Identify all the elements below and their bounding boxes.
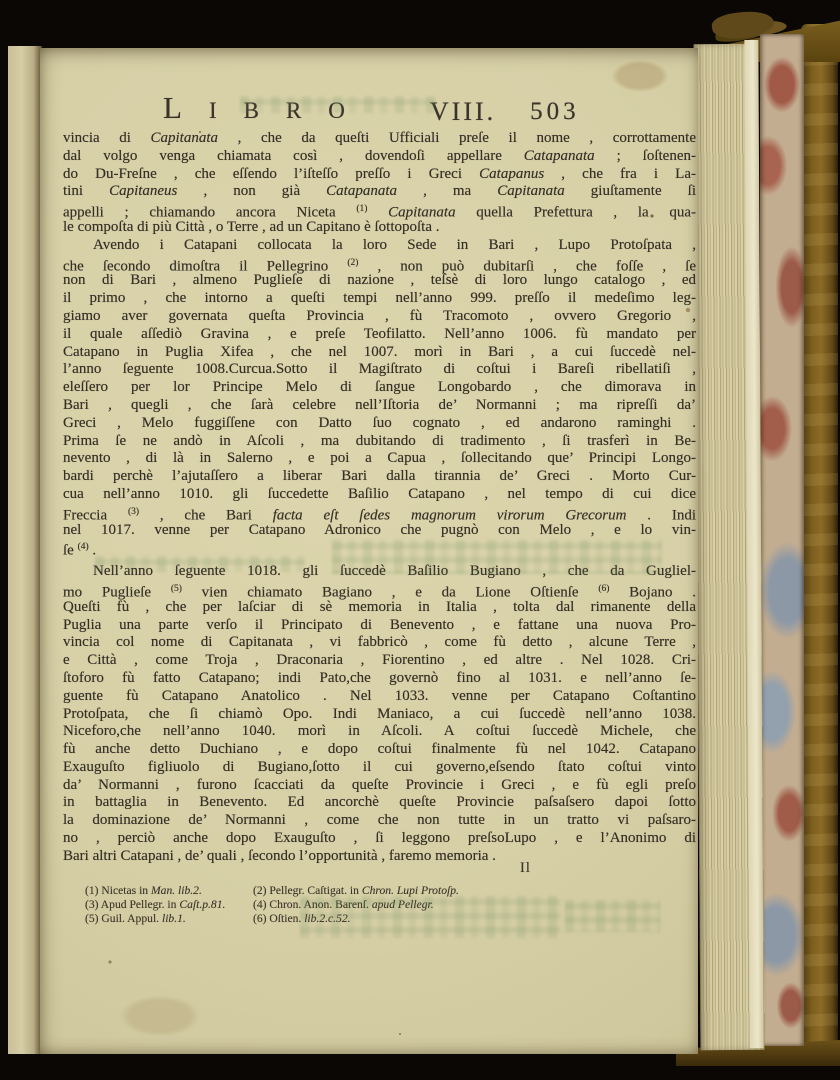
- header-title: LIBRO: [163, 92, 372, 127]
- text-line: Freccia (3) , che Bari facta eſt ſedes m…: [63, 504, 696, 522]
- text-line: non di Bari , almeno Puglieſe di nazione…: [63, 272, 696, 290]
- text-line: in battaglia in Benevento. Ed ancorchè q…: [63, 794, 696, 812]
- text-line: Exauguſto figliuolo di Bugiano,ſotto il …: [63, 759, 696, 777]
- text-line: do Du-Freſne , che eſſendo l’iſteſſo pre…: [63, 166, 696, 184]
- text-line: Nell’anno ſeguente 1018. gli ſuccedè Baſ…: [63, 563, 696, 581]
- text-line: fù anche detto Duchiano , e dopo coſtui …: [63, 741, 696, 759]
- text-line: cua nell’anno 1010. gli ſuccedette Baſil…: [63, 486, 696, 504]
- page-header: LIBRO VIII. 503: [63, 92, 696, 127]
- text-line: il primo , che intorno a queſti tempi ne…: [63, 290, 696, 308]
- text-line: e Città , come Troja , Draconaria , Fior…: [63, 652, 696, 670]
- paragraph: Avendo i Catapani collocata la loro Sede…: [63, 237, 696, 557]
- text-line: Protoſpata, che ſi chiamò Opo. Indi Mani…: [63, 706, 696, 724]
- footnote-item: (5) Guil. Appul. lib.1.: [85, 912, 253, 926]
- text-line: giamo aver governata queſta Provincia , …: [63, 308, 696, 326]
- text-line: bardi perchè l’ajutaſſero a liberar Bari…: [63, 468, 696, 486]
- text-line: ſtoforo fù fatto Catapano; indi Pato,che…: [63, 670, 696, 688]
- header-book-numeral: VIII.: [430, 97, 496, 127]
- text-line: tini Capitaneus , non già Catapanata , m…: [63, 183, 696, 201]
- marbled-endpaper: [760, 34, 804, 1046]
- footnote-item: (1) Nicetas in Man. lib.2.: [85, 884, 253, 898]
- book-cover-edge-right: [801, 24, 838, 1064]
- footnotes: (1) Nicetas in Man. lib.2.(2) Pellegr. C…: [85, 884, 685, 925]
- footnote-item: (6) Oſtien. lib.2.c.52.: [253, 912, 685, 926]
- page-number: 503: [530, 97, 580, 127]
- text-line: dal volgo venga chiamata così , dovendoſ…: [63, 148, 696, 166]
- book-page: LIBRO VIII. 503 vincia di Capitanata , c…: [40, 48, 698, 1054]
- text-line: nevento , di là in Salerno , e poi a Cap…: [63, 450, 696, 468]
- text-line: Bari altri Catapani , de’ quali , ſecond…: [63, 848, 696, 866]
- footnote-row: (3) Apud Pellegr. in Caſt.p.81.(4) Chron…: [85, 898, 685, 912]
- text-line: nel 1017. venne per Catapano Adronico ch…: [63, 522, 696, 540]
- signature-mark: Il: [520, 860, 531, 877]
- text-line: la dominazione de’ Normanni , come che n…: [63, 812, 696, 830]
- text-line: eleſſero per lor Principe Melo di ſangue…: [63, 379, 696, 397]
- text-line: guente fù Catapano Anatolico . Nel 1033.…: [63, 688, 696, 706]
- text-line: Niceforo,che nell’anno 1040. morì in Aſc…: [63, 723, 696, 741]
- footnote-row: (1) Nicetas in Man. lib.2.(2) Pellegr. C…: [85, 884, 685, 898]
- footnote-item: (2) Pellegr. Caſtigat. in Chron. Lupi Pr…: [253, 884, 685, 898]
- footnote-row: (5) Guil. Appul. lib.1.(6) Oſtien. lib.2…: [85, 912, 685, 926]
- body-text: vincia di Capitanata , che da queſti Uff…: [63, 130, 696, 866]
- text-line: l’anno ſeguente 1008.Curcua.Sotto il Mag…: [63, 361, 696, 379]
- text-line: no , perciò anche dopo Exauguſto , ſi le…: [63, 830, 696, 848]
- text-line: Prima ſe ne andò in Aſcoli , ma dubitand…: [63, 433, 696, 451]
- footnote-item: (4) Chron. Anon. Barenſ. apud Pellegr.: [253, 898, 685, 912]
- text-line: Catapano in Puglia Xifea , che nel 1007.…: [63, 344, 696, 362]
- text-line: Greci , Melo fuggiſſene con Datto ſuo co…: [63, 415, 696, 433]
- text-line: che ſecondo dimoſtra il Pellegrino (2) ,…: [63, 255, 696, 273]
- text-line: vincia col nome di Capitanata , vi fabbr…: [63, 634, 696, 652]
- text-line: da’ Normanni , furono ſcacciati da queſt…: [63, 777, 696, 795]
- text-line: Bari , quegli , che ſarà celebre nell’Iſ…: [63, 397, 696, 415]
- paragraph: vincia di Capitanata , che da queſti Uff…: [63, 130, 696, 237]
- text-line: il quale aſſediò Gravina , e preſe Teofi…: [63, 326, 696, 344]
- text-line: Puglia una parte verſo il Principato di …: [63, 617, 696, 635]
- text-line: le compoſta di più Città , o Terre , ad …: [63, 219, 696, 237]
- footnote-item: (3) Apud Pellegr. in Caſt.p.81.: [85, 898, 253, 912]
- book-scan: LIBRO VIII. 503 vincia di Capitanata , c…: [0, 0, 840, 1080]
- paragraph: Nell’anno ſeguente 1018. gli ſuccedè Baſ…: [63, 563, 696, 866]
- text-line: ſe (4) .: [63, 539, 696, 557]
- text-line: vincia di Capitanata , che da queſti Uff…: [63, 130, 696, 148]
- text-line: appelli ; chiamando ancora Niceta (1) Ca…: [63, 201, 696, 219]
- text-line: Avendo i Catapani collocata la loro Sede…: [63, 237, 696, 255]
- facing-page-gutter: [8, 46, 42, 1054]
- text-line: Queſti fù , che per laſciar di sè memori…: [63, 599, 696, 617]
- text-line: mo Puglieſe (5) vien chiamato Bagiano , …: [63, 581, 696, 599]
